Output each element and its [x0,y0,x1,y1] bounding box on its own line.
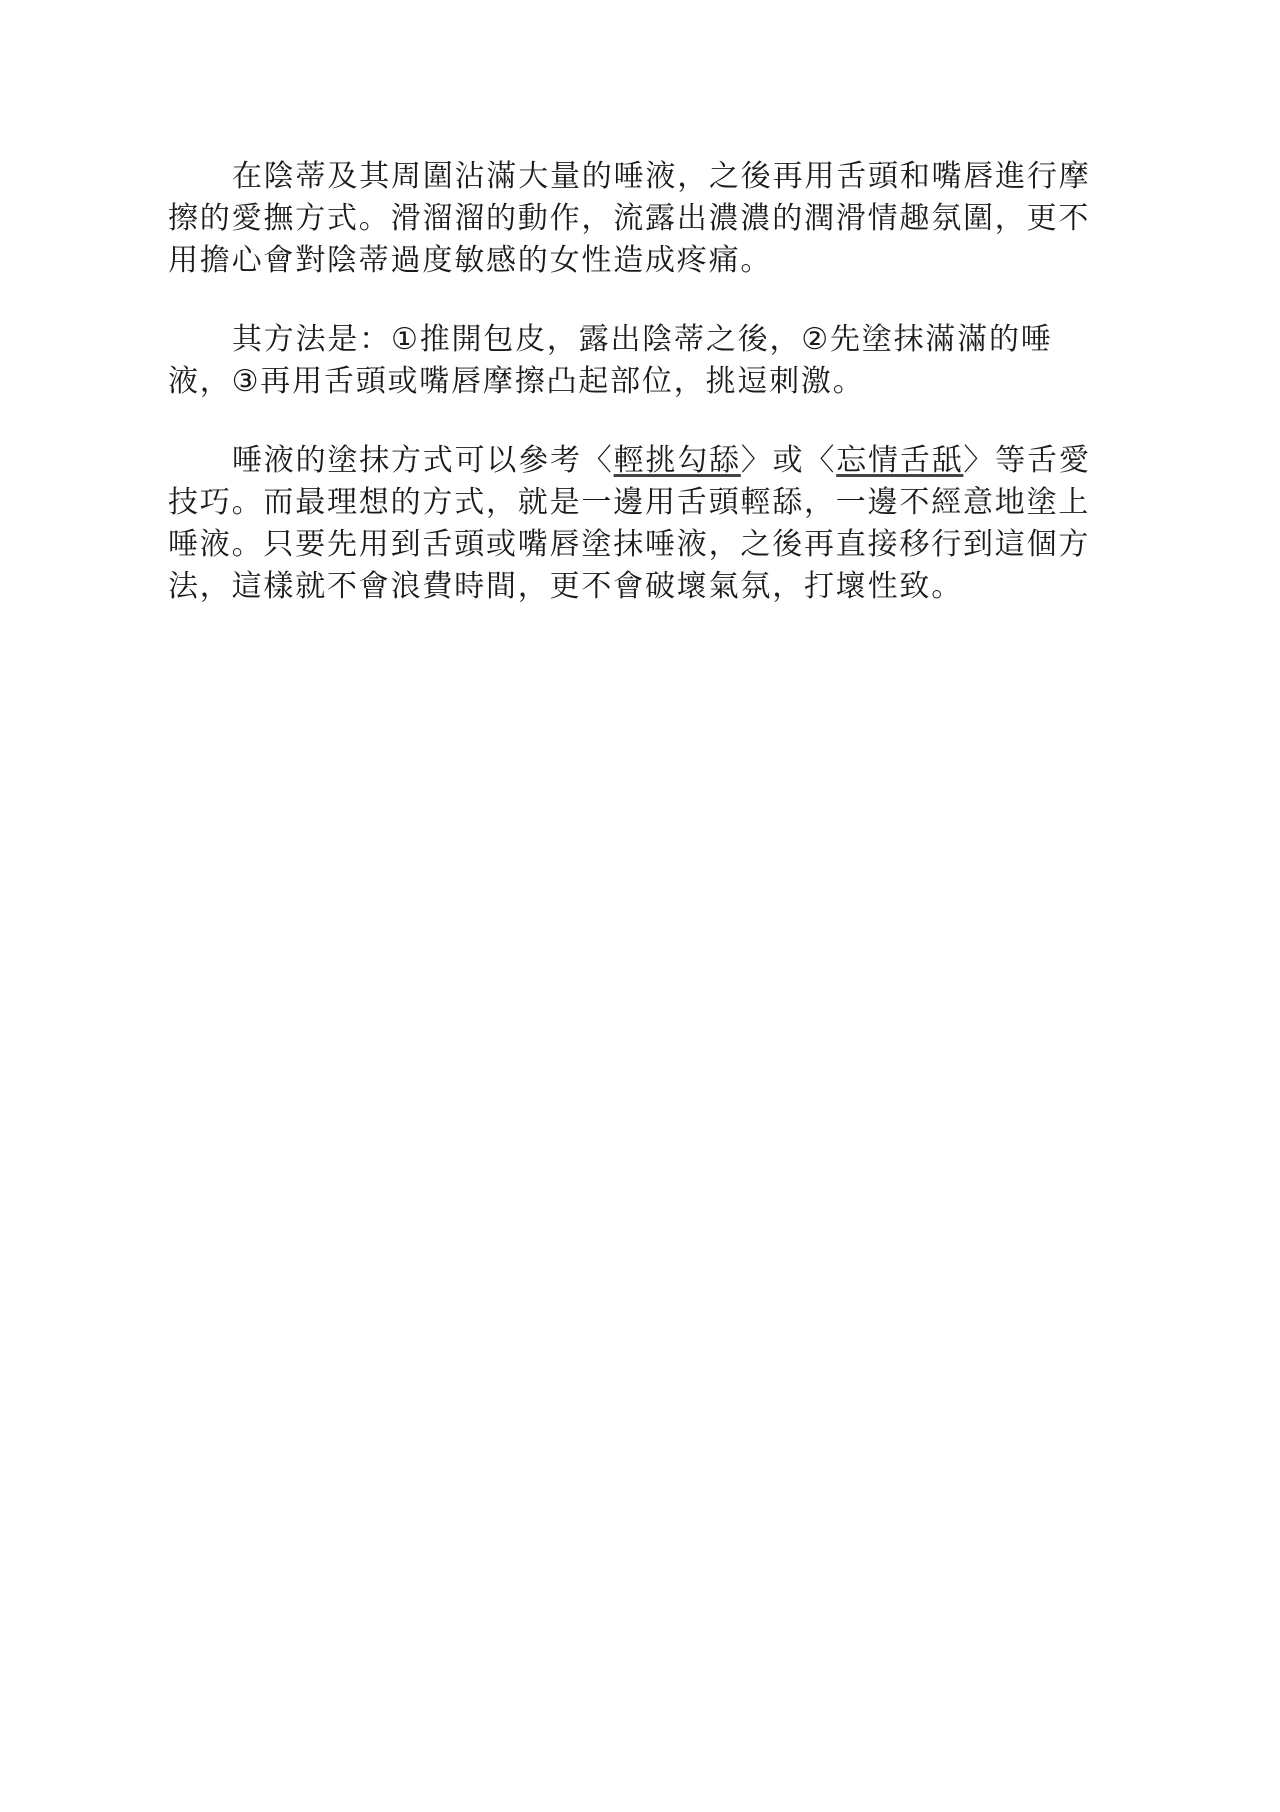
document-page: 在陰蒂及其周圍沾滿大量的唾液，之後再用舌頭和嘴唇進行摩 擦的愛撫方式。滑溜溜的動… [168,156,1108,645]
text-line: 技巧。而最理想的方式，就是一邊用舌頭輕舔，一邊不經意地塗上 [168,482,1108,524]
text-line: 唾液。只要先用到舌頭或嘴唇塗抹唾液，之後再直接移行到這個方 [168,524,1108,566]
text-line: 其方法是：①推開包皮，露出陰蒂之後，②先塗抹滿滿的唾 [168,319,1108,361]
text-line: 唾液的塗抹方式可以參考〈輕挑勾舔〉或〈忘情舌舐〉等舌愛 [168,440,1108,482]
text-line: 用擔心會對陰蒂過度敏感的女性造成疼痛。 [168,240,1108,282]
text-line: 擦的愛撫方式。滑溜溜的動作，流露出濃濃的潤滑情趣氛圍，更不 [168,198,1108,240]
text-line: 法，這樣就不會浪費時間，更不會破壞氣氛，打壞性致。 [168,566,1108,608]
link-passionate-tongue[interactable]: 忘情舌舐 [836,443,963,478]
text-line: 在陰蒂及其周圍沾滿大量的唾液，之後再用舌頭和嘴唇進行摩 [168,156,1108,198]
text-segment: 〉或〈 [741,443,836,478]
text-segment: 唾液的塗抹方式可以參考〈 [232,443,614,478]
paragraph-1: 在陰蒂及其周圍沾滿大量的唾液，之後再用舌頭和嘴唇進行摩 擦的愛撫方式。滑溜溜的動… [168,156,1108,282]
text-line: 液，③再用舌頭或嘴唇摩擦凸起部位，挑逗刺激。 [168,361,1108,403]
paragraph-2: 其方法是：①推開包皮，露出陰蒂之後，②先塗抹滿滿的唾 液，③再用舌頭或嘴唇摩擦凸… [168,319,1108,403]
paragraph-3: 唾液的塗抹方式可以參考〈輕挑勾舔〉或〈忘情舌舐〉等舌愛 技巧。而最理想的方式，就… [168,440,1108,608]
link-light-tease-lick[interactable]: 輕挑勾舔 [614,443,741,478]
text-segment: 〉等舌愛 [963,443,1090,478]
